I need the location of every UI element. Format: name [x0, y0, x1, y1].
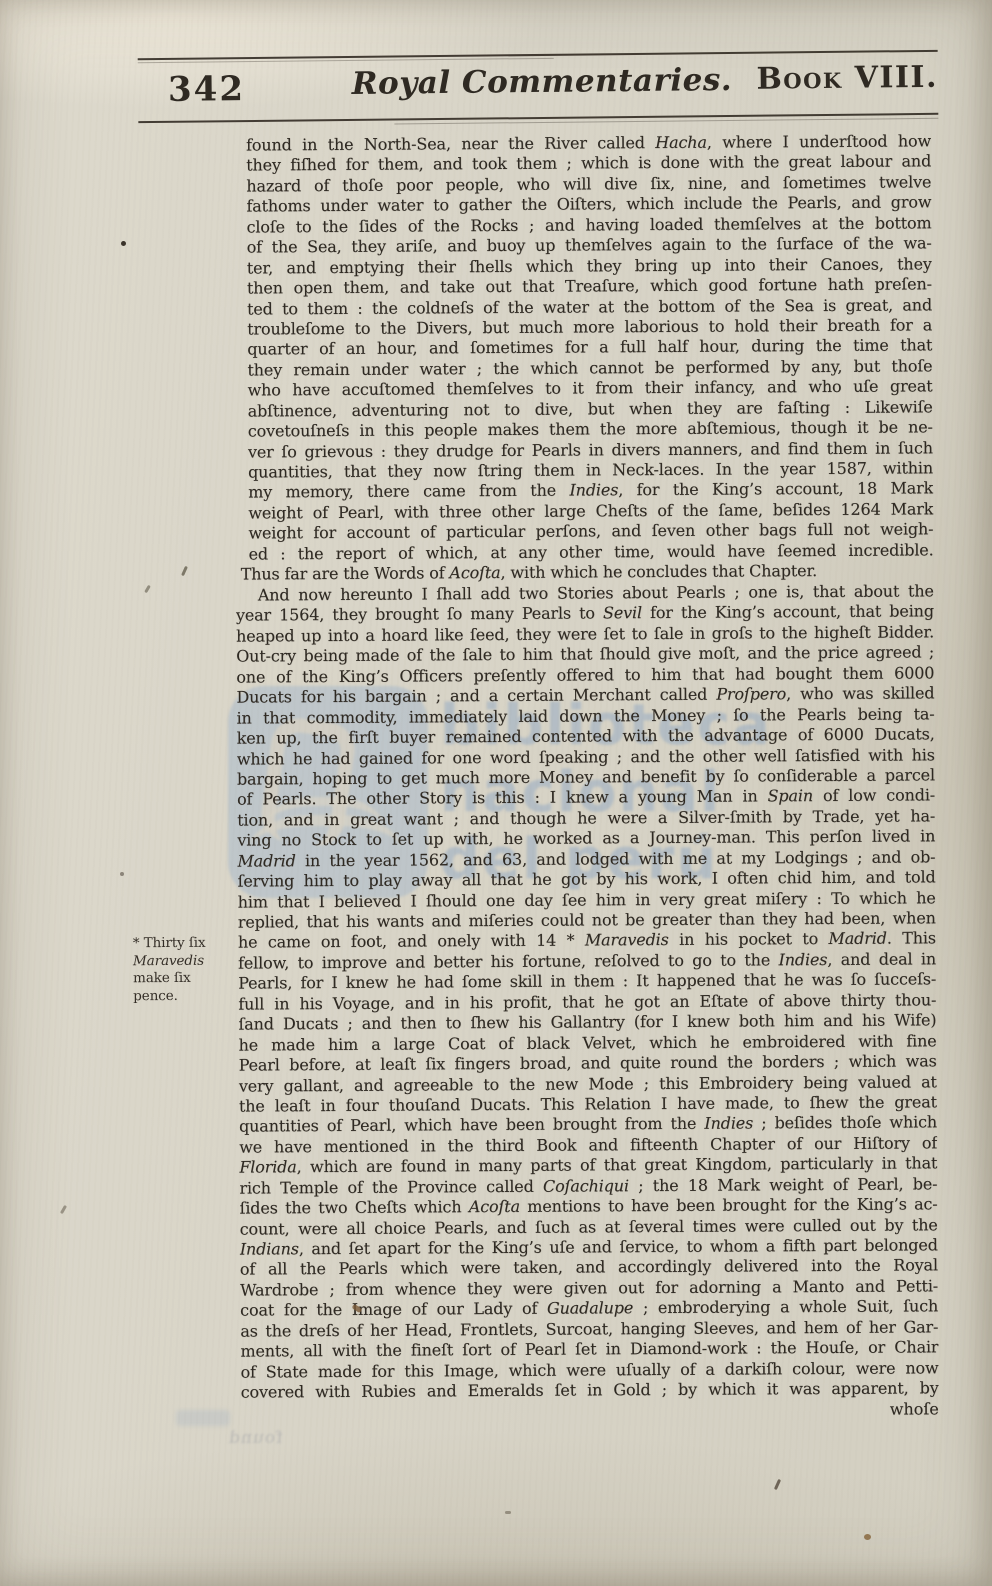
catchword: whoſe — [890, 1399, 939, 1418]
text-line: ted to them : the coldneſs of the water … — [247, 295, 932, 318]
text-line: my memory, there came from the Indies, f… — [248, 479, 933, 502]
text-line: cloſe to the ſides of the Rocks ; and ha… — [246, 213, 931, 236]
book-page-scan: bibliotecanacionaldel perú found 342 Roy… — [0, 0, 992, 1586]
catchword-row: whoſe — [241, 1399, 939, 1424]
paper-speck — [120, 872, 124, 876]
text-line: ed : the report of which, at any other t… — [248, 540, 933, 563]
text-line: they fiſhed for them, and took them ; wh… — [246, 152, 931, 175]
text-line: abſtinence, adventuring not to dive, but… — [248, 397, 933, 420]
margin-note: * Thirty ſixMaravedismake ſixpence. — [133, 935, 235, 1006]
text-line: ver ſo grievous : they drudge for Pearls… — [248, 438, 933, 461]
paper-speck — [505, 1511, 511, 1514]
text-line: found in the North-Sea, near the River c… — [246, 131, 931, 154]
paper-speck — [121, 241, 126, 246]
paragraph: And now hereunto I ſhall add two Stories… — [236, 581, 939, 1403]
text-line: they remain under water ; the which cann… — [247, 356, 932, 379]
text-line: ter, and emptying their ſhells which the… — [247, 254, 932, 277]
text-line: weight of Pearl, with three other large … — [248, 499, 933, 522]
margin-note-line: * Thirty ſix — [133, 935, 235, 953]
text-line: quarter of an hour, and ſometimes for a … — [247, 336, 932, 359]
margin-note-line: pence. — [133, 987, 235, 1005]
text-line: troubleſome to the Divers, but much more… — [247, 315, 932, 338]
text-line: fathoms under water to gather the Oiſter… — [246, 193, 931, 216]
text-line: weight for account of particular perſons… — [248, 520, 933, 543]
text-line: of the Sea, they ariſe, and buoy up them… — [247, 234, 932, 257]
margin-note-line: Maravedis — [133, 952, 235, 970]
text-block: “found in the North-Sea, near the River … — [0, 0, 992, 1586]
paper-speck — [864, 1534, 871, 1540]
text-line: then open them, and take out that Treaſu… — [247, 274, 932, 297]
quoted-passage: “found in the North-Sea, near the River … — [246, 131, 934, 564]
text-line: covetouſneſs in this people makes them t… — [248, 417, 933, 440]
margin-note-line: make ſix — [133, 970, 235, 988]
text-line: quantities, that they now ſtring them in… — [248, 458, 933, 481]
text-line: who have accuſtomed themſelves to it fro… — [247, 377, 932, 400]
text-line: hazard of thoſe poor people, who will di… — [246, 172, 931, 195]
